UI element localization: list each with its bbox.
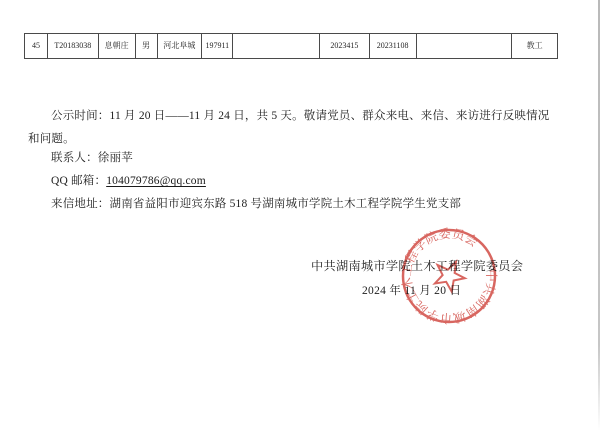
table-cell-gender: 男 xyxy=(136,34,158,58)
table-cell-name: 息朝庄 xyxy=(99,34,136,58)
notice-paragraph: 公示时间：11 月 20 日——11 月 24 日，共 5 天。敬请党员、群众来… xyxy=(28,105,553,151)
table-cell-role: 教工 xyxy=(512,34,557,58)
table-cell-birthplace: 河北阜城 xyxy=(158,34,203,58)
contact-person-line: 联系人：徐丽苹 xyxy=(51,149,133,165)
table-cell-date-2: 20231108 xyxy=(370,34,417,58)
signature-date: 2024 年 11 月 20 日 xyxy=(362,282,461,298)
scanned-document-page: 45 T20183038 息朝庄 男 河北阜城 197911 2023415 2… xyxy=(0,0,604,431)
table-cell-empty-1 xyxy=(233,34,320,58)
scan-page-edge xyxy=(598,0,600,431)
table-cell-date-1: 2023415 xyxy=(320,34,370,58)
qq-email-label: QQ 邮箱： xyxy=(51,175,106,187)
mailing-address-line: 来信地址：湖南省益阳市迎宾东路 518 号湖南城市学院土木工程学院学生党支部 xyxy=(51,195,461,211)
official-seal-stamp: 中共湖南城市学院土木工程学院委员会 xyxy=(394,221,504,331)
signature-organization: 中共湖南城市学院土木工程学院委员会 xyxy=(311,257,523,274)
roster-table-row: 45 T20183038 息朝庄 男 河北阜城 197911 2023415 2… xyxy=(24,33,558,59)
table-cell-empty-2 xyxy=(417,34,513,58)
qq-email-line: QQ 邮箱：104079786@qq.com xyxy=(51,172,206,188)
table-cell-birthdate: 197911 xyxy=(202,34,233,58)
svg-text:中共湖南城市学院土木工程学院委员会: 中共湖南城市学院土木工程学院委员会 xyxy=(394,221,504,331)
seal-circular-text: 中共湖南城市学院土木工程学院委员会 xyxy=(394,221,504,331)
table-cell-seq: 45 xyxy=(25,34,48,58)
seal-ring xyxy=(396,223,503,330)
qq-email-link[interactable]: 104079786@qq.com xyxy=(106,175,206,187)
table-cell-id: T20183038 xyxy=(48,34,99,58)
